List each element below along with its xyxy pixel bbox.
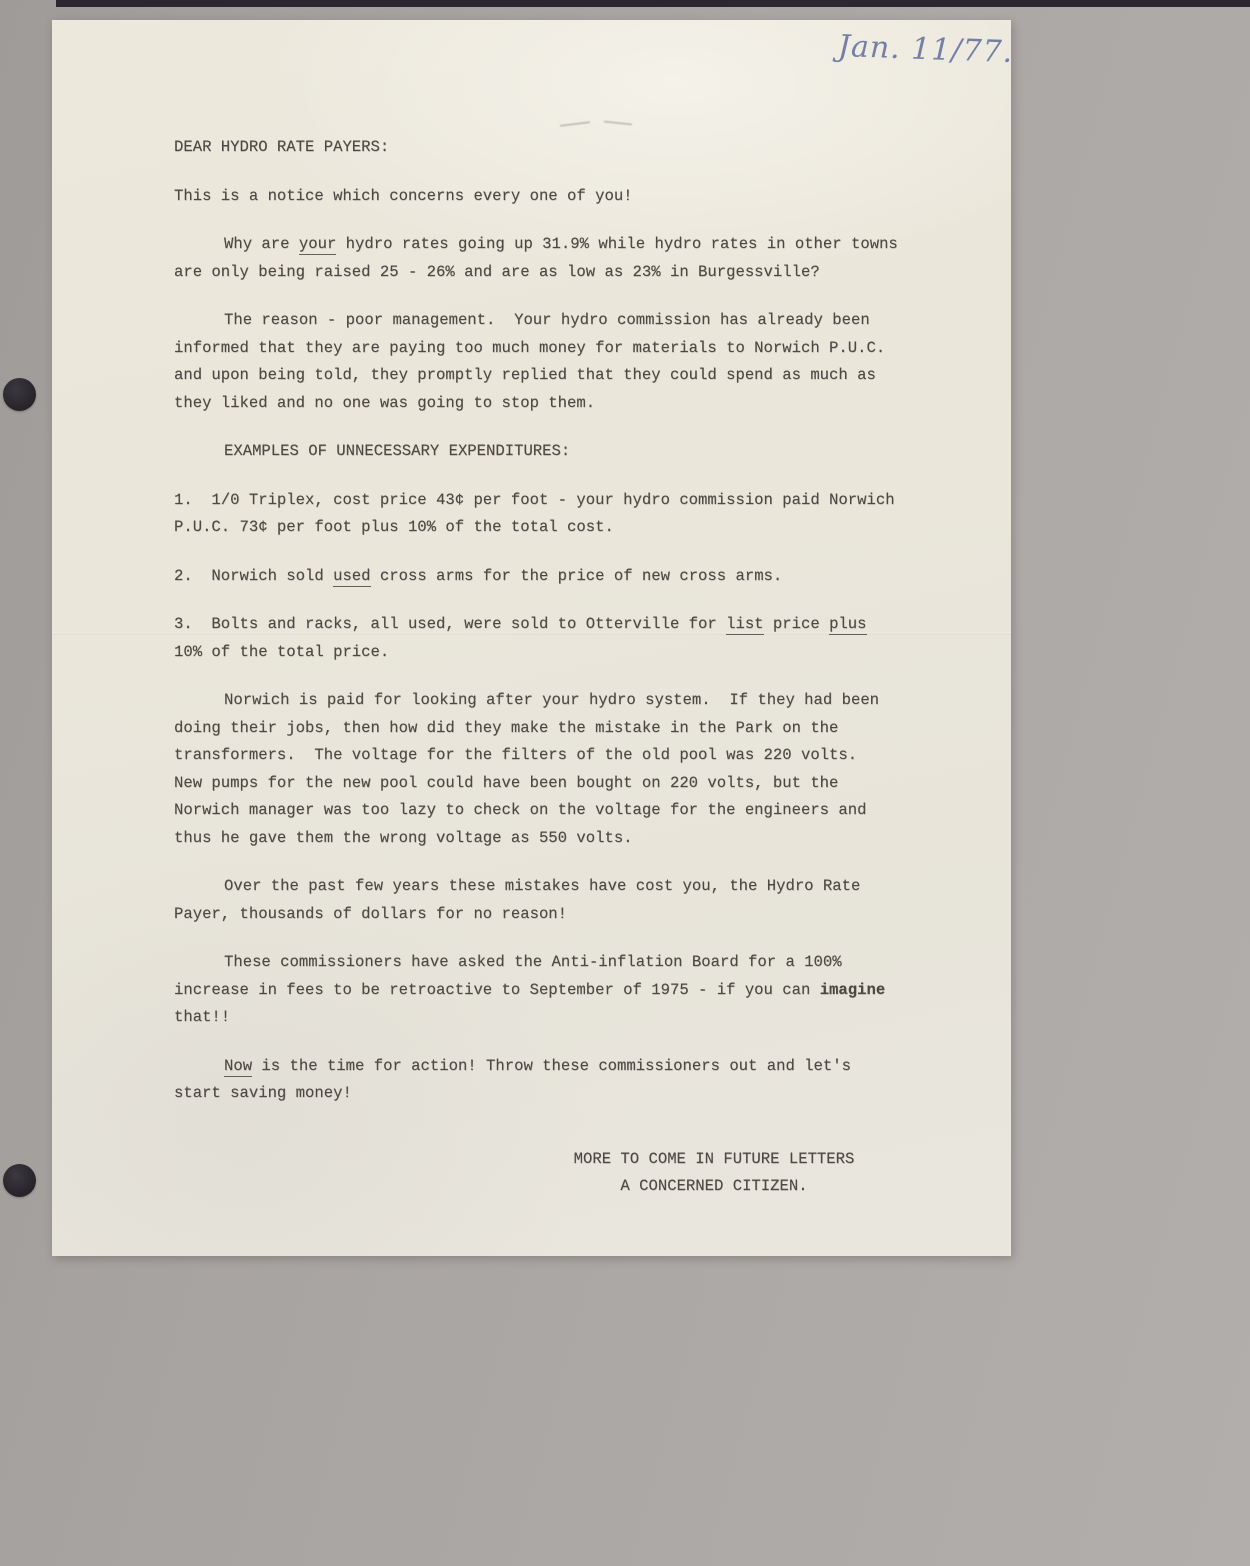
- typed-text: 10% of the total price.: [174, 643, 389, 661]
- letter-line: Norwich is paid for looking after your h…: [174, 687, 974, 715]
- letter-line: Norwich manager was too lazy to check on…: [174, 797, 974, 825]
- letter-line: and upon being told, they promptly repli…: [174, 362, 974, 390]
- typed-text: informed that they are paying too much m…: [174, 339, 885, 357]
- typed-text: P.U.C. 73¢ per foot plus 10% of the tota…: [174, 518, 614, 536]
- paragraph-call-to-action: Now is the time for action! Throw these …: [174, 1053, 974, 1108]
- underlined-text: Now: [224, 1057, 252, 1077]
- typed-text: cross arms for the price of new cross ar…: [371, 567, 783, 585]
- paragraph-commissioners-fees: These commissioners have asked the Anti-…: [174, 949, 974, 1032]
- letter-body: DEAR HYDRO RATE PAYERS:This is a notice …: [174, 134, 974, 1222]
- typed-text: MORE TO COME IN FUTURE LETTERS: [574, 1150, 855, 1168]
- letter-line: Payer, thousands of dollars for no reaso…: [174, 901, 974, 929]
- typed-text: hydro rates going up 31.9% while hydro r…: [336, 235, 897, 253]
- letter-line: This is a notice which concerns every on…: [174, 183, 974, 211]
- letter-line: that!!: [174, 1004, 974, 1032]
- typed-text: transformers. The voltage for the filter…: [174, 746, 857, 764]
- paragraph-norwich-mistakes: Norwich is paid for looking after your h…: [174, 687, 974, 852]
- typed-text: is the time for action! Throw these comm…: [252, 1057, 851, 1075]
- letter-line: thus he gave them the wrong voltage as 5…: [174, 825, 974, 853]
- typed-text: A CONCERNED CITIZEN.: [620, 1177, 807, 1195]
- typed-text: and upon being told, they promptly repli…: [174, 366, 876, 384]
- typed-text: Over the past few years these mistakes h…: [224, 877, 860, 895]
- letter-line: The reason - poor management. Your hydro…: [174, 307, 974, 335]
- paragraph-reason-poor-management: The reason - poor management. Your hydro…: [174, 307, 974, 417]
- letter-line: These commissioners have asked the Anti-…: [174, 949, 974, 977]
- paragraph-example-3-bolts-racks: 3. Bolts and racks, all used, were sold …: [174, 611, 974, 666]
- letter-line: Now is the time for action! Throw these …: [174, 1053, 974, 1081]
- typed-text: they liked and no one was going to stop …: [174, 394, 595, 412]
- underlined-text: plus: [829, 615, 866, 635]
- paragraph-cost-to-payers: Over the past few years these mistakes h…: [174, 873, 974, 928]
- letter-line: DEAR HYDRO RATE PAYERS:: [174, 134, 974, 162]
- pencil-smudge: [604, 121, 632, 126]
- binder-hole-top: [3, 378, 36, 411]
- typed-text: 2. Norwich sold: [174, 567, 333, 585]
- letter-line: EXAMPLES OF UNNECESSARY EXPENDITURES:: [174, 438, 974, 466]
- typed-text: Payer, thousands of dollars for no reaso…: [174, 905, 567, 923]
- letter-line: doing their jobs, then how did they make…: [174, 715, 974, 743]
- binder-hole-bottom: [3, 1164, 36, 1197]
- typed-text: EXAMPLES OF UNNECESSARY EXPENDITURES:: [224, 442, 570, 460]
- typed-text: increase in fees to be retroactive to Se…: [174, 981, 820, 999]
- paragraph-example-2-cross-arms: 2. Norwich sold used cross arms for the …: [174, 563, 974, 591]
- letter-line: New pumps for the new pool could have be…: [174, 770, 974, 798]
- typed-text: These commissioners have asked the Anti-…: [224, 953, 842, 971]
- letter-line: 1. 1/0 Triplex, cost price 43¢ per foot …: [174, 487, 974, 515]
- letter-line: Over the past few years these mistakes h…: [174, 873, 974, 901]
- letter-page: Jan. 11/77. DEAR HYDRO RATE PAYERS:This …: [52, 20, 1011, 1256]
- paragraph-salutation: DEAR HYDRO RATE PAYERS:: [174, 134, 974, 162]
- underlined-text: list: [726, 615, 763, 635]
- typed-text: Norwich is paid for looking after your h…: [224, 691, 879, 709]
- paragraph-rates-question: Why are your hydro rates going up 31.9% …: [174, 231, 974, 286]
- typed-text: 1. 1/0 Triplex, cost price 43¢ per foot …: [174, 491, 895, 509]
- underlined-text: used: [333, 567, 370, 587]
- typed-text: The reason - poor management. Your hydro…: [224, 311, 870, 329]
- letter-line: increase in fees to be retroactive to Se…: [174, 977, 974, 1005]
- bold-text: imagine: [820, 981, 886, 999]
- paragraph-intro: This is a notice which concerns every on…: [174, 183, 974, 211]
- typed-text: Norwich manager was too lazy to check on…: [174, 801, 866, 819]
- paragraph-examples-heading: EXAMPLES OF UNNECESSARY EXPENDITURES:: [174, 438, 974, 466]
- typed-text: price: [764, 615, 830, 633]
- photo-top-edge-strip: [56, 0, 1250, 7]
- typed-text: that!!: [174, 1008, 230, 1026]
- letter-line: Why are your hydro rates going up 31.9% …: [174, 231, 974, 259]
- letter-line: informed that they are paying too much m…: [174, 335, 974, 363]
- pencil-smudge: [560, 121, 590, 127]
- letter-line: 3. Bolts and racks, all used, were sold …: [174, 611, 974, 639]
- letter-line: 2. Norwich sold used cross arms for the …: [174, 563, 974, 591]
- typed-text: are only being raised 25 - 26% and are a…: [174, 263, 820, 281]
- letter-line: 10% of the total price.: [174, 639, 974, 667]
- letter-line: they liked and no one was going to stop …: [174, 390, 974, 418]
- handwritten-date: Jan. 11/77.: [837, 29, 1013, 70]
- paragraph-example-1-triplex: 1. 1/0 Triplex, cost price 43¢ per foot …: [174, 487, 974, 542]
- paragraph-closing: MORE TO COME IN FUTURE LETTERSA CONCERNE…: [564, 1146, 864, 1201]
- letter-line: transformers. The voltage for the filter…: [174, 742, 974, 770]
- letter-line: MORE TO COME IN FUTURE LETTERS: [564, 1146, 864, 1174]
- typed-text: start saving money!: [174, 1084, 352, 1102]
- typed-text: This is a notice which concerns every on…: [174, 187, 633, 205]
- typed-text: 3. Bolts and racks, all used, were sold …: [174, 615, 726, 633]
- album-page-background: Jan. 11/77. DEAR HYDRO RATE PAYERS:This …: [0, 0, 1250, 1566]
- letter-line: P.U.C. 73¢ per foot plus 10% of the tota…: [174, 514, 974, 542]
- typed-text: thus he gave them the wrong voltage as 5…: [174, 829, 633, 847]
- typed-text: doing their jobs, then how did they make…: [174, 719, 838, 737]
- typed-text: Why are: [224, 235, 299, 253]
- letter-line: A CONCERNED CITIZEN.: [564, 1173, 864, 1201]
- typed-text: DEAR HYDRO RATE PAYERS:: [174, 138, 389, 156]
- letter-line: start saving money!: [174, 1080, 974, 1108]
- letter-line: are only being raised 25 - 26% and are a…: [174, 259, 974, 287]
- underlined-text: your: [299, 235, 336, 255]
- typed-text: New pumps for the new pool could have be…: [174, 774, 838, 792]
